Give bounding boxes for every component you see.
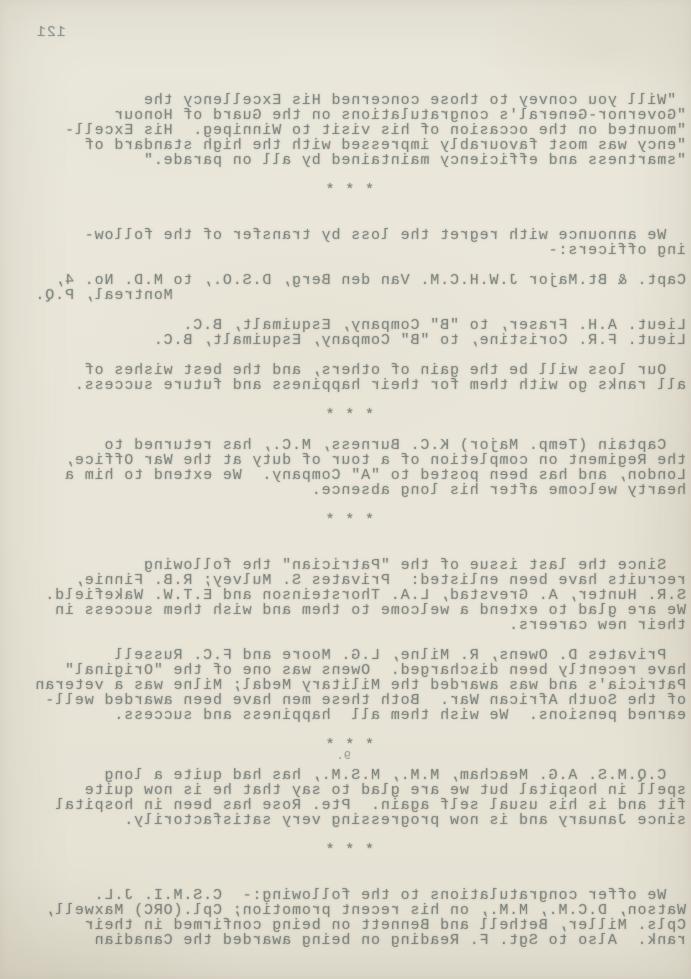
blank-line [26, 303, 686, 318]
blank-line [26, 633, 686, 648]
text-line: Captain (Temp. Major) K.C. Burness, M.C.… [26, 438, 686, 453]
bleed-through-layer: 121 "Will you convey to those concerned … [0, 0, 691, 979]
text-line: We offer congratulations to the followin… [26, 888, 686, 903]
blank-line [26, 528, 686, 543]
text-line: earned pensions. We wish them all happin… [26, 708, 686, 723]
section-separator: * * * [26, 843, 686, 858]
blank-line [26, 168, 686, 183]
page-number: 121 [36, 24, 66, 41]
scanned-page: 121 "Will you convey to those concerned … [0, 0, 691, 979]
section-separator: * * * [26, 183, 686, 198]
blank-line [26, 348, 686, 363]
text-line: fit and is his usual self again. Pte. Ro… [26, 798, 686, 813]
blank-line [26, 828, 686, 843]
blank-line [26, 858, 686, 873]
blank-line [26, 753, 686, 768]
blank-line [26, 543, 686, 558]
text-line: Patricia's and was awarded the Military … [26, 678, 686, 693]
blank-line [26, 723, 686, 738]
text-line: their new careers. [26, 618, 686, 633]
text-line: Privates D. Owens, R. Milne, L.G. Moore … [26, 648, 686, 663]
text-line: since January and is now progressing ver… [26, 813, 686, 828]
text-line: of the South African War. Both these men… [26, 693, 686, 708]
text-line: Lieut. F.R. Coristine, to "B" Company, E… [26, 333, 686, 348]
pencil-mark: 9. [337, 749, 351, 763]
text-line: "ency was most favourably impressed with… [26, 138, 686, 153]
text-line: S.R. Hunter, A. Grevstad, L.A. Thorstein… [26, 588, 686, 603]
text-line: "mounted on the occasion of his visit to… [26, 123, 686, 138]
section-separator: * * * [26, 738, 686, 753]
text-line: ing officers:- [26, 243, 686, 258]
text-line: have recently been discharged. Owens was… [26, 663, 686, 678]
text-line: hearty welcome after his long absence. [26, 483, 686, 498]
blank-line [26, 213, 686, 228]
text-line: Watson, D.C.M., M.M., on his recent prom… [26, 903, 686, 918]
text-line: recruits have been enlisted: Privates S.… [26, 573, 686, 588]
text-line: Lieut. A.H. Fraser, to "B" Company, Esqu… [26, 318, 686, 333]
text-line: spell in hospital but we are glad to say… [26, 783, 686, 798]
text-line: We are glad to extend a welcome to them … [26, 603, 686, 618]
text-line: "Governor-General's congratulations on t… [26, 108, 686, 123]
blank-line [26, 873, 686, 888]
text-line: "smartness and efficiency maintained by … [26, 153, 686, 168]
text-line: London, and has been posted to "A" Compa… [26, 468, 686, 483]
blank-line [26, 393, 686, 408]
blank-line [26, 258, 686, 273]
text-line: "Will you convey to those concerned His … [26, 93, 686, 108]
blank-line [26, 498, 686, 513]
text-line: Cpls. Miller, Bethell and Bennett on bei… [26, 918, 686, 933]
text-line: C.Q.M.S. A.G. Meacham, M.M., M.S.M., has… [26, 768, 686, 783]
text-line: Montreal, P.Q. [26, 288, 686, 303]
typed-text: "Will you convey to those concerned His … [26, 93, 686, 948]
text-line: Our loss will be the gain of others, and… [26, 363, 686, 378]
blank-line [26, 423, 686, 438]
blank-line [26, 198, 686, 213]
text-line: We announce with regret the loss by tran… [26, 228, 686, 243]
text-line: Since the last issue of the "Patrician" … [26, 558, 686, 573]
section-separator: * * * [26, 513, 686, 528]
section-separator: * * * [26, 408, 686, 423]
text-line: the Regiment on completion of a tour of … [26, 453, 686, 468]
text-line: Capt. & Bt.Major J.W.H.C.M. Van den Berg… [26, 273, 686, 288]
text-line: all ranks go with them for their happine… [26, 378, 686, 393]
text-line: rank. Also to Sgt. F. Reading on being a… [26, 933, 686, 948]
